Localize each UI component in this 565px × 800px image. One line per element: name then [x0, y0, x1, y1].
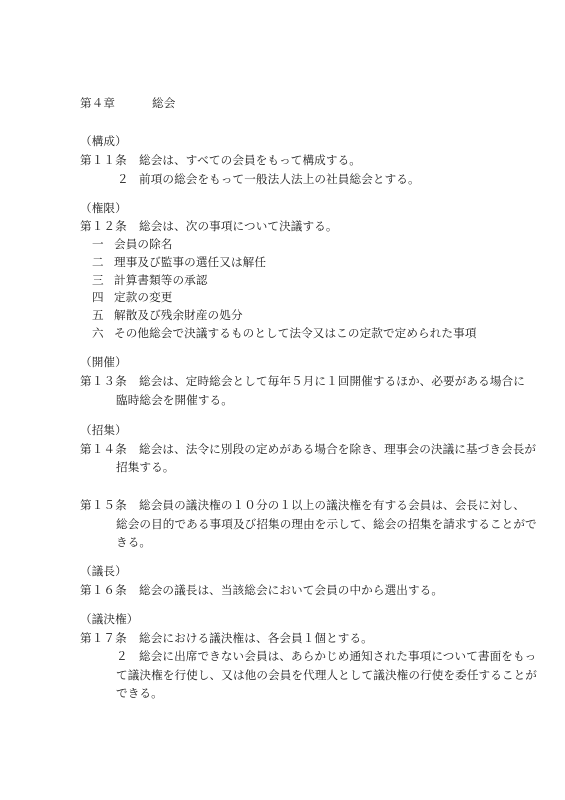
- item-text: 解散及び残余財産の処分: [114, 308, 243, 322]
- chapter-heading: 第４章総会: [80, 96, 175, 110]
- article-number: 第１４条: [80, 442, 139, 456]
- article-11-paragraph-2: ２前項の総会をもって一般法人法上の社員総会とする。: [117, 172, 420, 186]
- list-item: 六その他総会で決議するものとして法令又はこの定款で定められた事項: [92, 326, 477, 340]
- item-number: 五: [92, 308, 114, 322]
- article-text: 総会は、定時総会として毎年５月に１回開催するほか、必要がある場合に: [139, 374, 525, 388]
- article-12: 第１２条総会は、次の事項について決議する。: [80, 219, 338, 233]
- article-number: 第１７条: [80, 631, 139, 645]
- article-15: 第１５条総会員の議決権の１０分の１以上の議決権を有する会員は、会長に対し、: [80, 498, 525, 512]
- paragraph-text: 総会に出席できない会員は、あらかじめ通知された事項について書面をもっ: [139, 649, 536, 663]
- list-item: 二理事及び監事の選任又は解任: [92, 255, 266, 269]
- article-number: 第１６条: [80, 583, 139, 597]
- article-17-paragraph-2: ２総会に出席できない会員は、あらかじめ通知された事項について書面をもっ: [116, 649, 536, 663]
- item-number: 一: [92, 237, 114, 251]
- article-16: 第１６条総会の議長は、当該総会において会員の中から選出する。: [80, 583, 443, 597]
- item-number: 六: [92, 326, 114, 340]
- list-item: 五解散及び残余財産の処分: [92, 308, 243, 322]
- paragraph-number: ２: [117, 172, 139, 186]
- article-text: 総会における議決権は、各会員１個とする。: [139, 631, 373, 645]
- item-number: 四: [92, 290, 114, 304]
- article-14: 第１４条総会は、法令に別段の定めがある場合を除き、理事会の決議に基づき会長が: [80, 442, 536, 456]
- section-heading-composition: （構成）: [80, 134, 127, 148]
- section-heading-chair: （議長）: [80, 564, 127, 578]
- list-item: 一会員の除名: [92, 237, 172, 251]
- section-heading-authority: （権限）: [80, 201, 127, 215]
- item-text: その他総会で決議するものとして法令又はこの定款で定められた事項: [114, 326, 477, 340]
- article-13: 第１３条総会は、定時総会として毎年５月に１回開催するほか、必要がある場合に: [80, 374, 525, 388]
- section-heading-voting-rights: （議決権）: [80, 612, 138, 626]
- article-13-continuation: 臨時総会を開催する。: [116, 393, 233, 407]
- article-15-continuation: きる。: [116, 535, 151, 549]
- article-number: 第１２条: [80, 219, 139, 233]
- item-text: 計算書類等の承認: [114, 273, 208, 287]
- article-17-paragraph-2-continuation: て議決権を行使し、又は他の会員を代理人として議決権の行使を委任することが: [116, 668, 537, 682]
- article-text: 総会は、すべての会員をもって構成する。: [139, 153, 361, 167]
- article-17: 第１７条総会における議決権は、各会員１個とする。: [80, 631, 373, 645]
- document-page: 第４章総会 （構成） 第１１条総会は、すべての会員をもって構成する。 ２前項の総…: [0, 0, 565, 800]
- article-text: 総会の議長は、当該総会において会員の中から選出する。: [139, 583, 443, 597]
- article-text: 総会は、法令に別段の定めがある場合を除き、理事会の決議に基づき会長が: [139, 442, 536, 456]
- chapter-number: 第４章: [80, 96, 152, 110]
- section-heading-convocation: （招集）: [80, 423, 127, 437]
- article-number: 第１３条: [80, 374, 139, 388]
- paragraph-text: 前項の総会をもって一般法人法上の社員総会とする。: [139, 172, 420, 186]
- item-text: 定款の変更: [114, 290, 172, 304]
- article-15-continuation: 総会の目的である事項及び招集の理由を示して、総会の招集を請求することがで: [116, 517, 537, 531]
- article-number: 第１１条: [80, 153, 139, 167]
- item-number: 三: [92, 273, 114, 287]
- article-text: 総会は、次の事項について決議する。: [139, 219, 338, 233]
- section-heading-convening: （開催）: [80, 355, 127, 369]
- list-item: 三計算書類等の承認: [92, 273, 208, 287]
- item-number: 二: [92, 255, 114, 269]
- item-text: 会員の除名: [114, 237, 172, 251]
- article-11: 第１１条総会は、すべての会員をもって構成する。: [80, 153, 361, 167]
- article-number: 第１５条: [80, 498, 139, 512]
- chapter-title: 総会: [152, 96, 175, 110]
- list-item: 四定款の変更: [92, 290, 172, 304]
- article-17-paragraph-2-continuation: できる。: [116, 686, 163, 700]
- article-text: 総会員の議決権の１０分の１以上の議決権を有する会員は、会長に対し、: [139, 498, 525, 512]
- paragraph-number: ２: [116, 649, 139, 663]
- item-text: 理事及び監事の選任又は解任: [114, 255, 266, 269]
- article-14-continuation: 招集する。: [116, 460, 174, 474]
